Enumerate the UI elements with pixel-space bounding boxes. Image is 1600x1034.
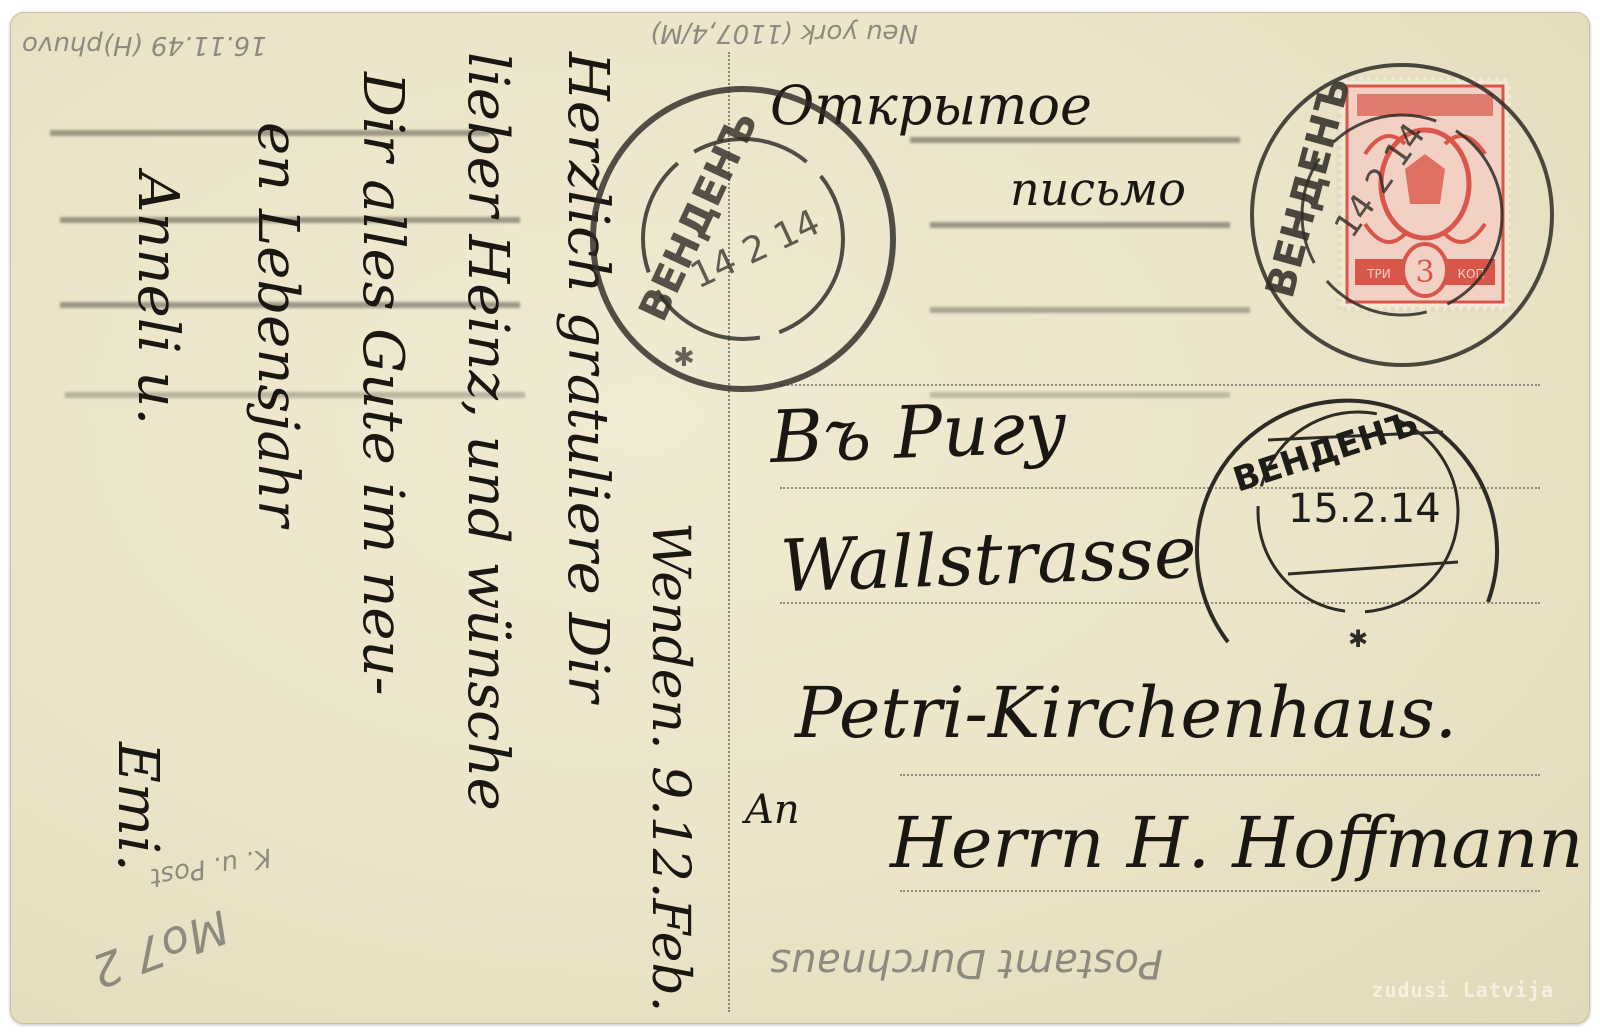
cancel-bar <box>930 222 1230 228</box>
svg-text:ВЕНДЕНЪ: ВЕНДЕНЪ <box>630 105 767 329</box>
message-line: Dir alles Gute im neu- <box>350 72 415 696</box>
cancel-bar <box>930 307 1250 313</box>
address-line <box>900 774 1540 776</box>
postmark-right: ВЕНДЕНЪ 15.2.14 ✱ <box>1188 362 1528 662</box>
heading-pismo: письмо <box>1010 162 1186 216</box>
postmark-date: 15.2.14 <box>1288 486 1441 532</box>
postmark-center: ВЕНДЕНЪ 14 2 14 ✱ <box>578 74 908 404</box>
address-line <box>900 890 1540 892</box>
address-an: An <box>745 787 800 833</box>
svg-text:ВЕНДЕНЪ: ВЕНДЕНЪ <box>1257 73 1360 303</box>
pencil-note-bottom-left: Mo7 2 <box>85 900 236 999</box>
svg-text:✱: ✱ <box>673 343 695 373</box>
svg-text:✱: ✱ <box>1348 625 1368 653</box>
pencil-note-top-left: 16.11.49 (H)phuvo <box>22 30 267 60</box>
pencil-note-bottom: Postamt Durchnaus <box>770 940 1163 986</box>
address-recipient: Herrn H. Hoffmann <box>890 802 1583 884</box>
message-line: Wenden. 9.12.Feb. <box>640 522 700 1012</box>
address-building: Petri-Kirchenhaus. <box>795 672 1457 754</box>
message-line: en Lebensjahr <box>245 122 310 527</box>
cancel-bar <box>910 137 1240 143</box>
postcard: 16.11.49 (H)phuvo Neu york (1107,4/M) От… <box>10 12 1590 1024</box>
pencil-note-top-center: Neu york (1107,4/M) <box>650 18 918 48</box>
message-line: Anneli u. <box>125 172 190 425</box>
address-street: Wallstrasse <box>779 510 1198 608</box>
message-line: lieber Heinz, und wünsche <box>455 52 520 811</box>
watermark: zudusi Latvija <box>1371 978 1554 1002</box>
message-signature: Emi. <box>105 742 170 872</box>
postmark-top-right: ВЕНДЕНЪ 14 2 14 <box>1232 50 1572 380</box>
